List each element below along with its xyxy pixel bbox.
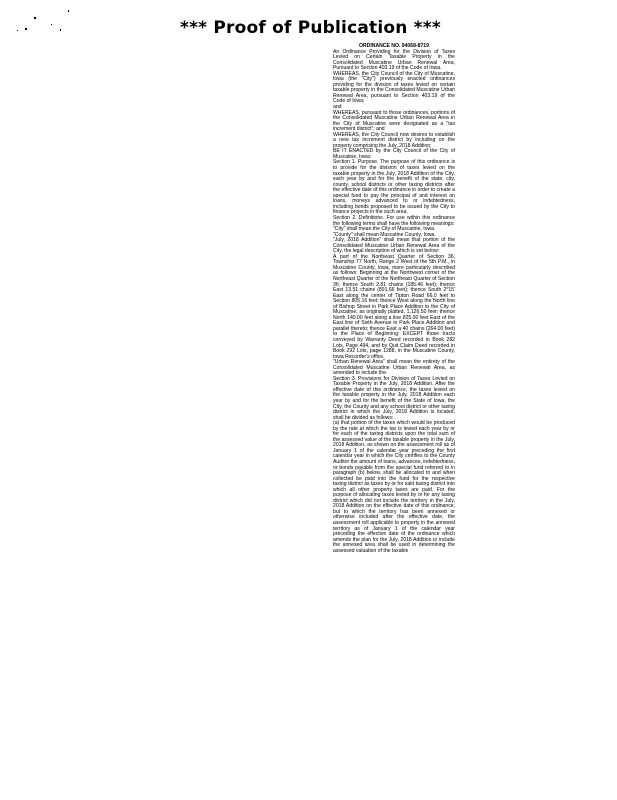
ordinance-paragraph: Section 3. Provisions for Division of Ta…	[333, 377, 455, 421]
page-title: *** Proof of Publication ***	[180, 18, 440, 38]
ordinance-paragraph: A part of the Northeast Quarter of Secti…	[333, 255, 455, 360]
scan-speck	[51, 24, 52, 25]
ordinance-paragraph: Section 1. Purpose. The purpose of this …	[333, 160, 455, 215]
ordinance-paragraph: An Ordinance Providing for the Division …	[333, 50, 455, 72]
ordinance-paragraph: WHEREAS, pursuant to those ordinances, p…	[333, 111, 455, 133]
ordinance-paragraph: "Urban Renewal Area" shall mean the enti…	[333, 360, 455, 377]
ordinance-paragraph: "July, 2018 Addition" shall mean that po…	[333, 238, 455, 255]
scan-speck	[60, 29, 61, 31]
ordinance-paragraph: WHEREAS, the City Council now desires to…	[333, 133, 455, 150]
scan-speck	[34, 17, 36, 19]
scan-speck	[68, 10, 69, 12]
ordinance-paragraph: WHEREAS, the City Council of the City of…	[333, 72, 455, 105]
scan-speck	[17, 30, 18, 31]
ordinance-column: ORDINANCE NO. 94068-8719 An Ordinance Pr…	[333, 44, 455, 554]
scan-speck	[25, 28, 27, 30]
ordinance-paragraph: (a) that portion of the taxes which woul…	[333, 421, 455, 554]
